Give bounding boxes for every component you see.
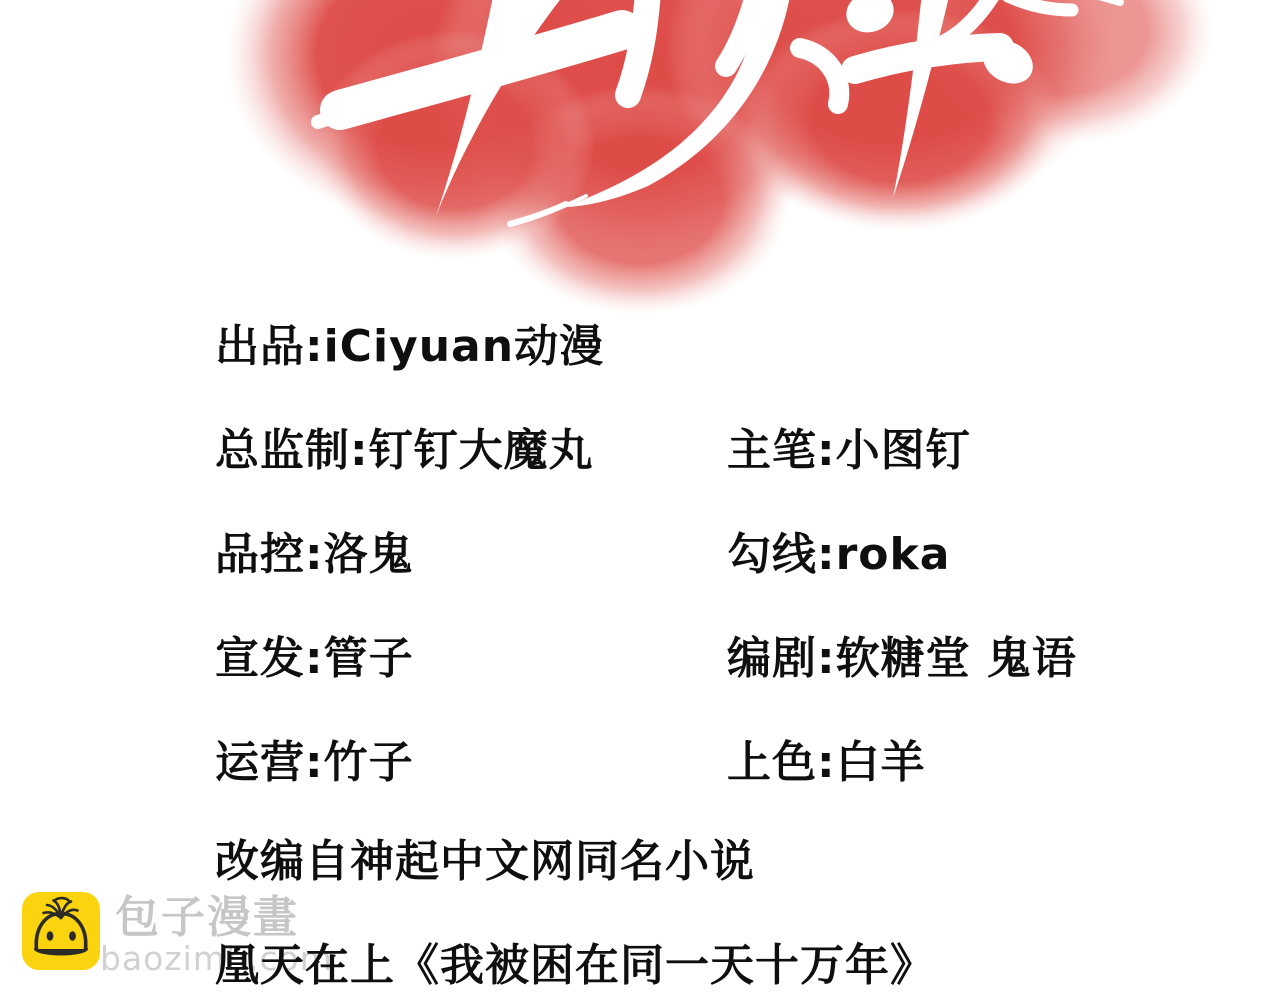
lineart-line: 勾线:roka <box>727 533 950 577</box>
source-title: 凰天在上《我被困在同一天十万年》 <box>215 944 935 988</box>
chief-supervisor-line: 总监制:钉钉大魔丸 <box>215 429 594 473</box>
colorist-line: 上色:白羊 <box>727 741 926 785</box>
quality-control-line: 品控:洛鬼 <box>215 533 414 577</box>
lead-artist-line: 主笔:小图钉 <box>727 429 971 473</box>
promotion-line: 宣发:管子 <box>215 637 414 681</box>
comic-credits-page: 包子漫畫 baozimh.com 出品:iCiyuan动漫 总监制:钉钉大魔丸 … <box>0 0 1280 1000</box>
screenwriter-line: 编剧:软糖堂 鬼语 <box>727 637 1077 681</box>
adaptation-note: 改编自神起中文网同名小说 <box>215 840 755 884</box>
credits-block: 出品:iCiyuan动漫 总监制:钉钉大魔丸 主笔:小图钉 品控:洛鬼 勾线:r… <box>0 0 1280 1000</box>
publisher-line: 出品:iCiyuan动漫 <box>215 325 604 369</box>
operations-line: 运营:竹子 <box>215 741 414 785</box>
